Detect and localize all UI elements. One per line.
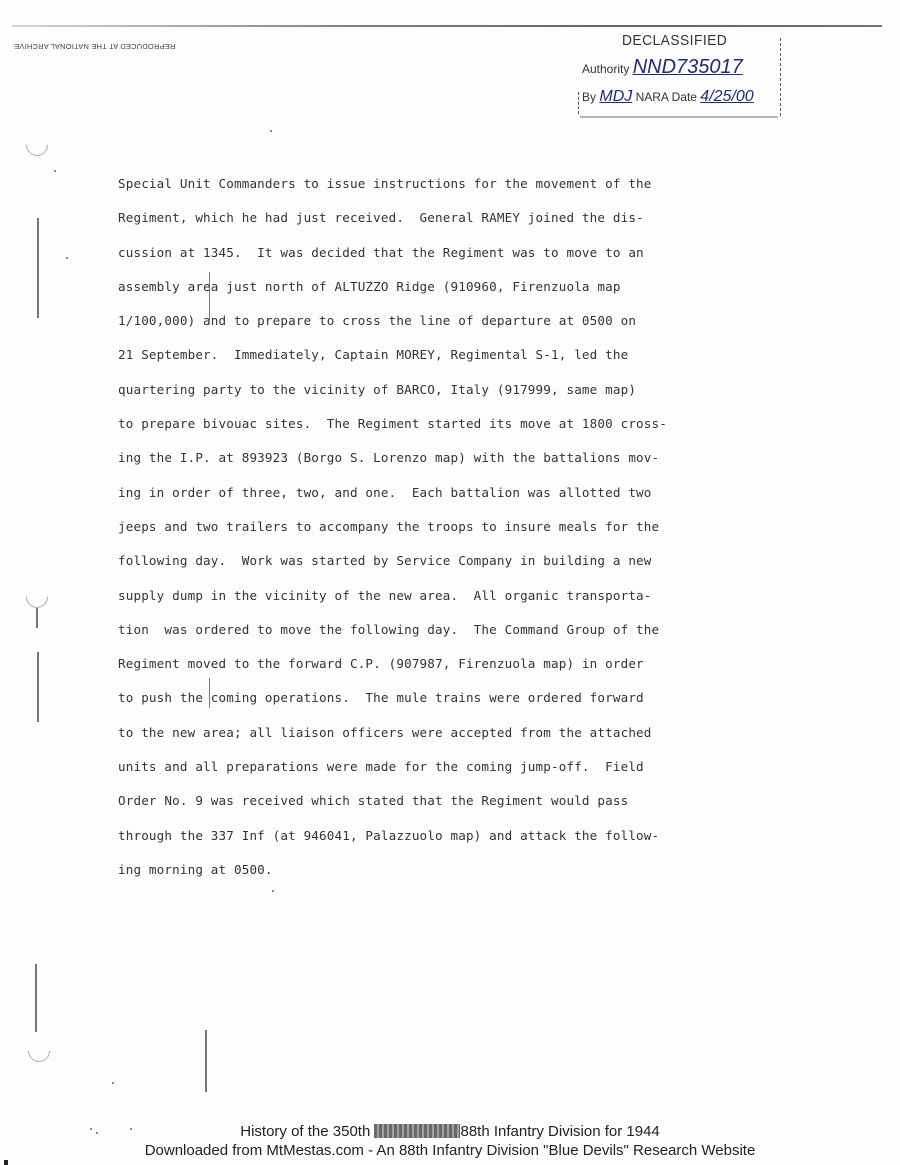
scan-speck — [270, 130, 272, 132]
document-text-line: ing in order of three, two, and one. Eac… — [118, 476, 718, 510]
document-text-line: jeeps and two trailers to accompany the … — [118, 510, 718, 544]
punch-hole-stem — [36, 608, 38, 628]
declassified-heading: DECLASSIFIED — [622, 32, 727, 49]
margin-scan-line — [205, 1030, 207, 1092]
document-body: Special Unit Commanders to issue instruc… — [118, 167, 718, 887]
scan-speck — [4, 1160, 8, 1165]
punch-hole-mark — [21, 129, 52, 160]
document-text-line: 1/100,000) and to prepare to cross the l… — [118, 304, 718, 338]
stamp-border-right — [780, 38, 782, 116]
scan-speck — [54, 170, 56, 172]
declassification-stamp: DECLASSIFIED Authority NND735017 By MDJ … — [574, 30, 784, 120]
document-text-line: quartering party to the vicinity of BARC… — [118, 373, 718, 407]
by-label: By — [582, 90, 596, 104]
stamp-border-bottom — [580, 116, 778, 118]
document-text-line: ing the I.P. at 893923 (Borgo S. Lorenzo… — [118, 441, 718, 475]
document-text-line: Special Unit Commanders to issue instruc… — [118, 167, 718, 201]
authority-label: Authority — [582, 62, 629, 76]
document-text-line: to the new area; all liaison officers we… — [118, 716, 718, 750]
archive-stamp: REPRODUCED AT THE NATIONAL ARCHIVE — [14, 42, 175, 51]
document-text-line: to prepare bivouac sites. The Regiment s… — [118, 407, 718, 441]
footer-title-start: History of the 350th — [240, 1123, 370, 1140]
top-scan-rule — [12, 25, 882, 27]
punch-hole-mark — [23, 1035, 54, 1066]
by-value: MDJ — [599, 88, 632, 105]
authority-value: NND735017 — [633, 56, 743, 78]
footer-line-1: History of the 350th 88th Infantry Divis… — [0, 1123, 900, 1140]
document-text-line: tion was ordered to move the following d… — [118, 613, 718, 647]
redaction-mark — [374, 1124, 460, 1138]
margin-scan-line — [37, 218, 39, 318]
document-text-line: units and all preparations were made for… — [118, 750, 718, 784]
document-text-line: assembly area just north of ALTUZZO Ridg… — [118, 270, 718, 304]
document-text-line: Regiment, which he had just received. Ge… — [118, 201, 718, 235]
footer-title-end: 88th Infantry Division for 1944 — [460, 1123, 659, 1140]
scan-speck — [272, 890, 274, 892]
margin-scan-line — [35, 964, 37, 1032]
document-text-line: cussion at 1345. It was decided that the… — [118, 236, 718, 270]
document-text-line: ing morning at 0500. — [118, 853, 718, 887]
margin-scan-line — [37, 652, 39, 722]
document-text-line: 21 September. Immediately, Captain MOREY… — [118, 338, 718, 372]
by-date-row: By MDJ NARA Date 4/25/00 — [582, 88, 754, 106]
scan-speck — [66, 257, 68, 259]
document-text-line: to push the coming operations. The mule … — [118, 681, 718, 715]
stamp-border-left — [578, 92, 580, 114]
scan-speck — [112, 1082, 114, 1084]
authority-row: Authority NND735017 — [582, 56, 743, 79]
nara-date-value: 4/25/00 — [700, 88, 753, 105]
document-text-line: following day. Work was started by Servi… — [118, 544, 718, 578]
footer-line-2: Downloaded from MtMestas.com - An 88th I… — [0, 1142, 900, 1159]
nara-date-label: NARA Date — [636, 90, 697, 104]
document-text-line: supply dump in the vicinity of the new a… — [118, 579, 718, 613]
document-text-line: Regiment moved to the forward C.P. (9079… — [118, 647, 718, 681]
document-text-line: through the 337 Inf (at 946041, Palazzuo… — [118, 819, 718, 853]
document-text-line: Order No. 9 was received which stated th… — [118, 784, 718, 818]
